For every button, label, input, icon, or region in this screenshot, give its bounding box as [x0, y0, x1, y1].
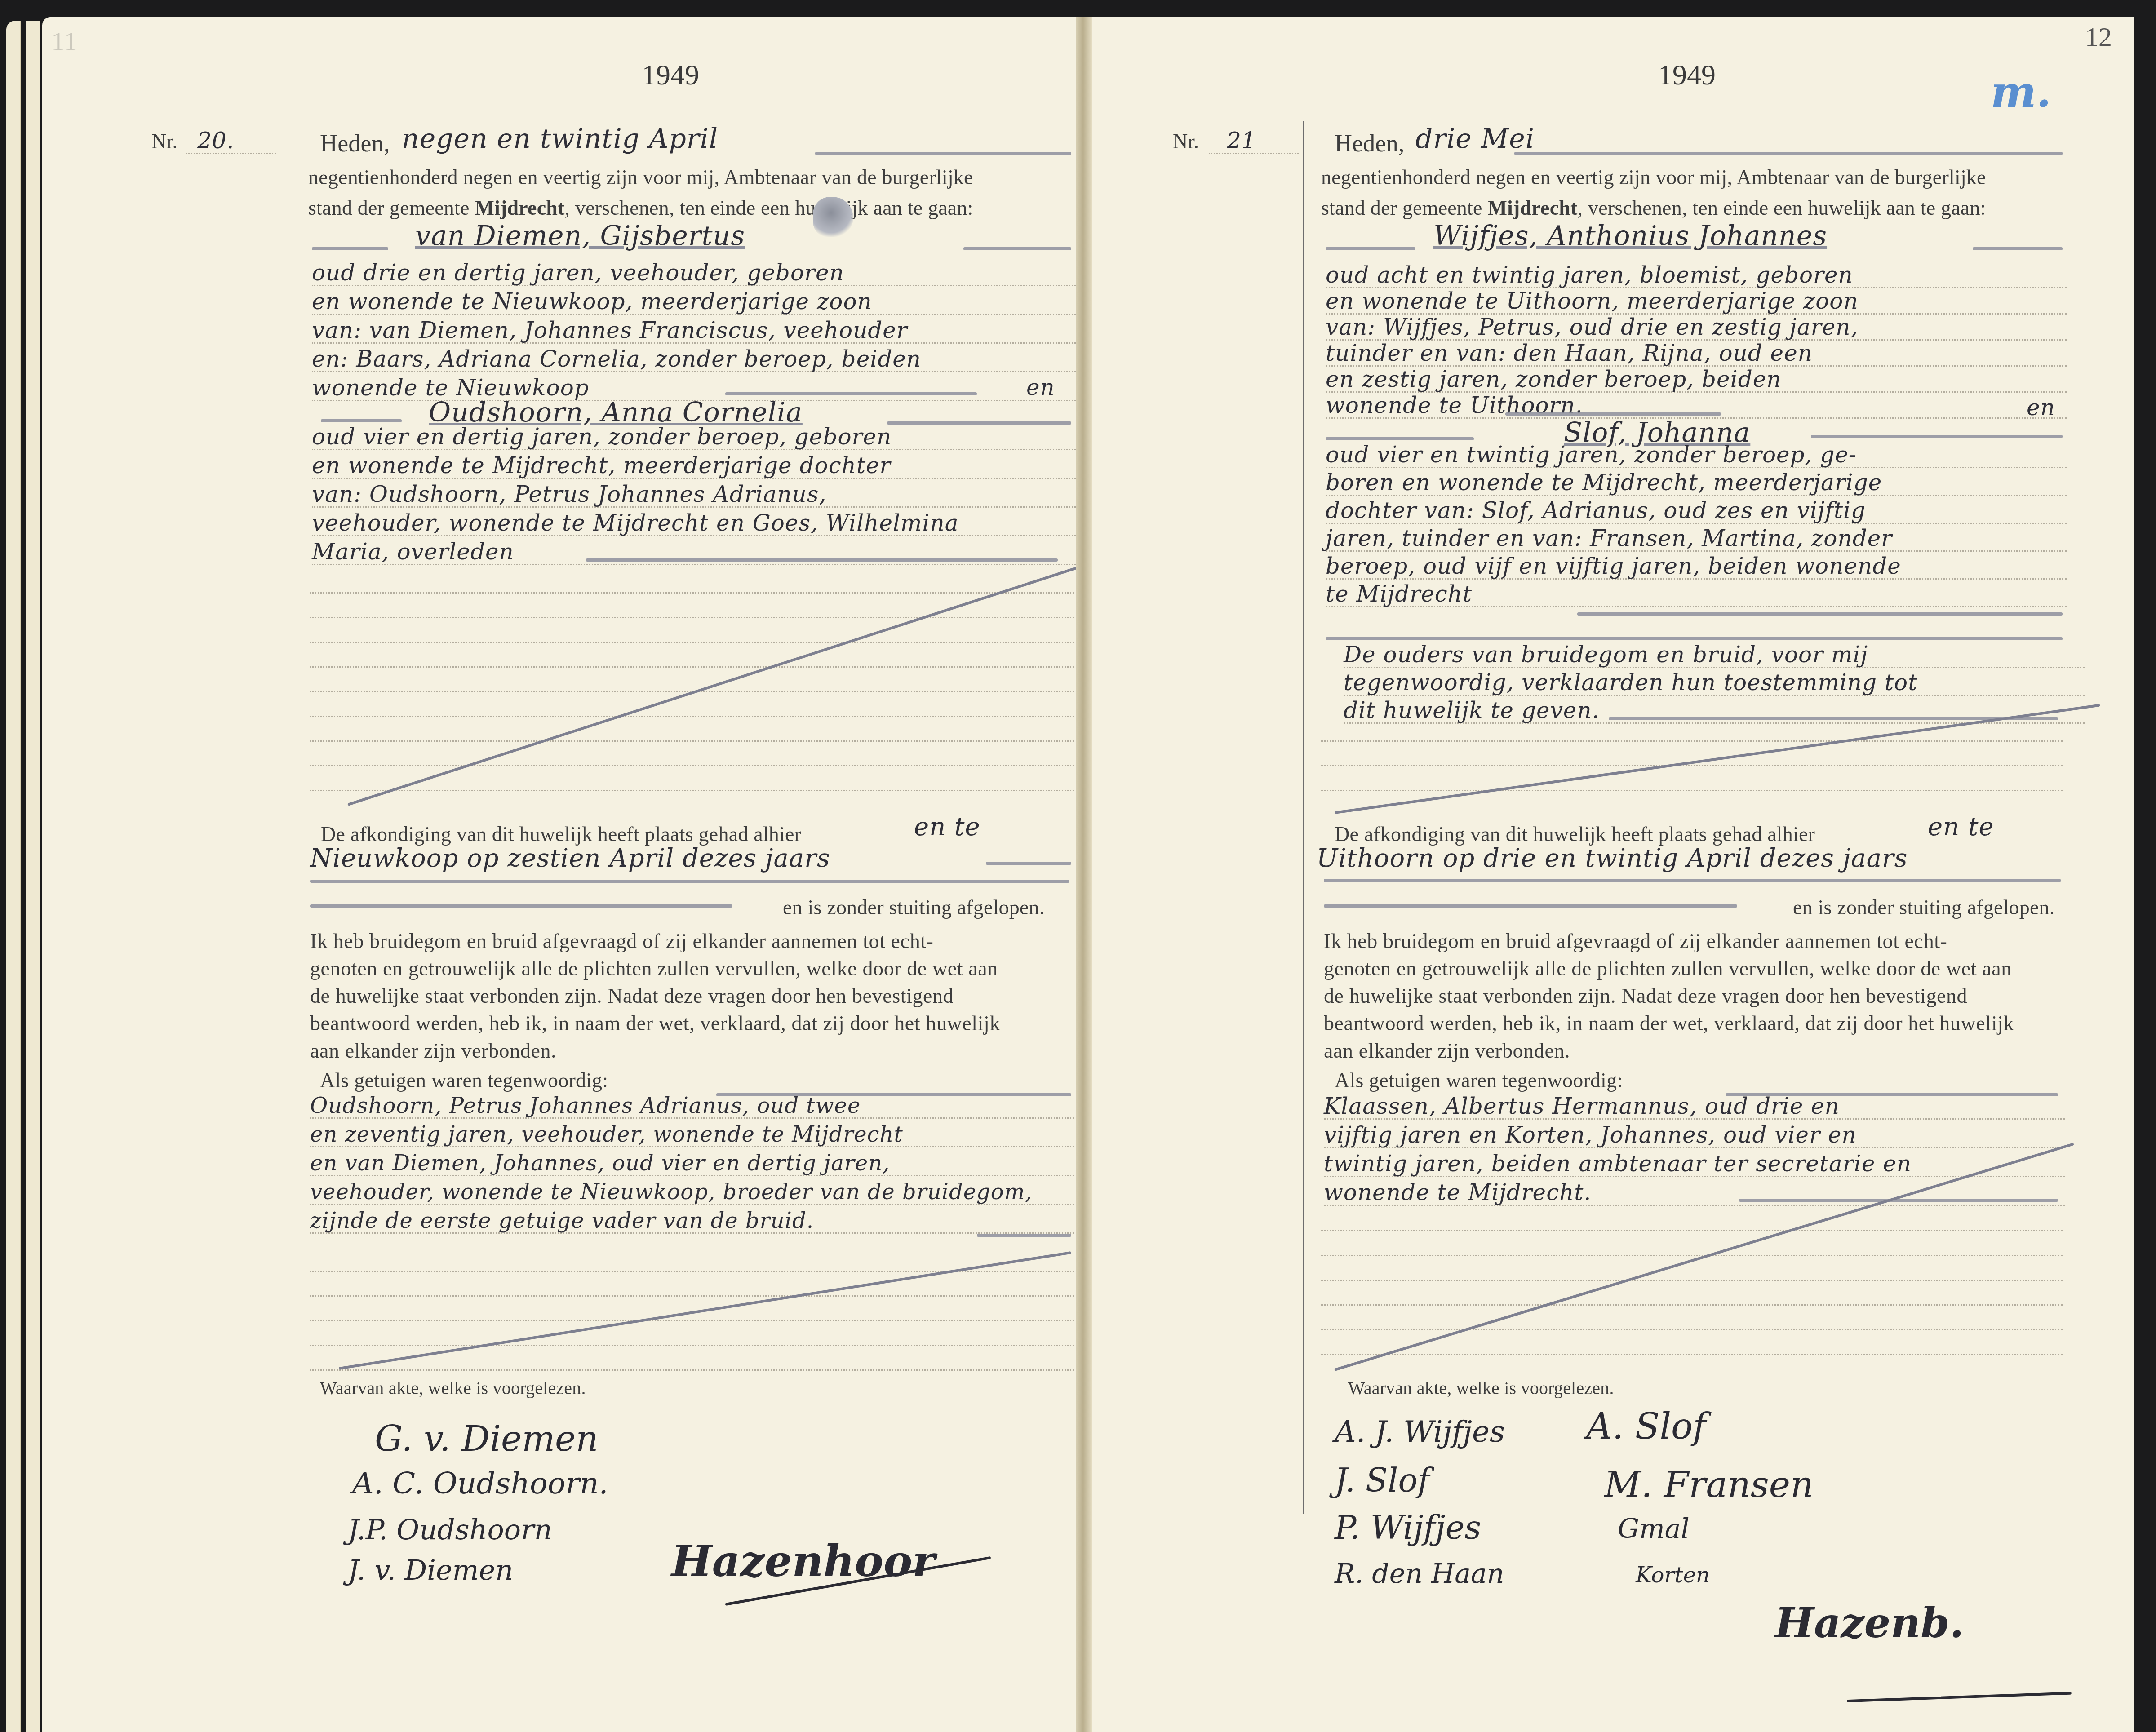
dotted-line: [310, 666, 1074, 668]
stuiting-text: en is zonder stuiting afgelopen.: [1793, 895, 2055, 919]
signature-mother-bride: M. Fransen: [1604, 1464, 1814, 1506]
handwritten-line: veehouder, wonende te Mijdrecht en Goes,…: [312, 510, 959, 536]
fill-dash: [1973, 247, 2063, 250]
printed-text-line: stand der gemeente Mijdrecht, verschenen…: [1321, 196, 1986, 220]
printed-text-line: negentienhonderd negen en veertig zijn v…: [308, 165, 973, 189]
fill-dash: [586, 558, 1058, 562]
right-page: 12 1949 m. Nr. 21 Heden, drie Mei negent…: [1092, 17, 2134, 1732]
dotted-line: [310, 617, 1074, 618]
handwritten-line: beroep, oud vijf en vijftig jaren, beide…: [1326, 553, 1901, 579]
witnesses-label: Als getuigen waren tegenwoordig:: [1335, 1068, 1623, 1092]
handwritten-line: Oudshoorn, Petrus Johannes Adrianus, oud…: [310, 1093, 861, 1118]
signature-witness-1: J.P. Oudshoorn: [348, 1513, 552, 1546]
handwritten-line: oud drie en dertig jaren, veehouder, geb…: [312, 260, 844, 286]
printed-text-line: de huwelijke staat verbonden zijn. Nadat…: [1324, 984, 1967, 1008]
dotted-line: [1321, 790, 2063, 791]
handwritten-line: De ouders van bruidegom en bruid, voor m…: [1344, 642, 1868, 668]
fill-dash: [1324, 879, 2061, 882]
signature-witness-2: J. v. Diemen: [348, 1554, 513, 1586]
handwritten-line: oud vier en twintig jaren, zonder beroep…: [1326, 442, 1857, 468]
handwritten-line: twintig jaren, beiden ambtenaar ter secr…: [1324, 1151, 1912, 1177]
signature-father-bride: A. Slof: [1586, 1405, 1706, 1447]
printed-text-line: stand der gemeente Mijdrecht, verschenen…: [308, 196, 973, 220]
afkondiging-place: en te: [1928, 812, 1994, 842]
fill-dash: [310, 904, 732, 908]
signature-mother-groom: R. den Haan: [1335, 1558, 1504, 1590]
fill-dash: [1577, 612, 2063, 616]
entry-number-label: Nr.: [1173, 129, 1199, 153]
handwritten-line: van: Oudshoorn, Petrus Johannes Adrianus…: [312, 481, 826, 507]
printed-text-line: genoten en getrouwelijk alle de plichten…: [310, 957, 998, 980]
signature-witness-2: Korten: [1636, 1563, 1710, 1588]
page-year: 1949: [642, 58, 699, 92]
handwritten-line: en wonende te Mijdrecht, meerderjarige d…: [312, 452, 891, 478]
handwritten-line: tegenwoordig, verklaarden hun toestemmin…: [1344, 669, 1917, 695]
fill-dash: [725, 392, 977, 395]
dotted-line: [310, 592, 1074, 594]
dotted-line: [1321, 765, 2063, 766]
handwritten-line: van: van Diemen, Johannes Franciscus, ve…: [312, 317, 908, 343]
cancellation-stroke: [339, 1251, 1072, 1370]
witnesses-label: Als getuigen waren tegenwoordig:: [320, 1068, 608, 1092]
handwritten-line: Maria, overleden: [312, 539, 514, 565]
cancellation-stroke: [347, 563, 1087, 806]
handwritten-line: te Mijdrecht: [1326, 581, 1472, 607]
printed-text-line: genoten en getrouwelijk alle de plichten…: [1324, 957, 2012, 980]
fill-dash: [1739, 1199, 2058, 1202]
page-number: 12: [2085, 22, 2112, 53]
entry-number: 20.: [197, 128, 235, 154]
signature-bride: J. Slof: [1335, 1462, 1429, 1499]
dotted-line: [1321, 1230, 2063, 1231]
dotted-line: [310, 790, 1074, 791]
handwritten-line: en zeventig jaren, veehouder, wonende te…: [310, 1122, 903, 1147]
page-number: 11: [51, 26, 77, 57]
signature-underline: [1847, 1692, 2072, 1702]
marriage-date: negen en twintig April: [402, 123, 718, 155]
printed-text-line: Ik heb bruidegom en bruid afgevraagd of …: [310, 929, 934, 953]
heden-label: Heden,: [320, 129, 390, 157]
printed-text-line: aan elkander zijn verbonden.: [1324, 1039, 1570, 1063]
stuiting-text: en is zonder stuiting afgelopen.: [783, 895, 1045, 919]
fill-dash: [312, 247, 388, 250]
dotted-line: [186, 153, 276, 154]
dotted-line: [1321, 1304, 2063, 1306]
dotted-line: [310, 1295, 1074, 1297]
signature-groom: G. v. Diemen: [375, 1419, 599, 1459]
handwritten-line: zijnde de eerste getuige vader van de br…: [310, 1208, 814, 1233]
afkondiging-text: De afkondiging van dit huwelijk heeft pl…: [321, 822, 801, 846]
dotted-line: [310, 765, 1074, 766]
fill-dash: [1514, 152, 2063, 155]
handwritten-line: oud vier en dertig jaren, zonder beroep,…: [312, 424, 892, 450]
dotted-line: [310, 1369, 1074, 1371]
dotted-line: [1321, 1280, 2063, 1281]
signature-groom: A. J. Wijfjes: [1335, 1414, 1505, 1449]
fill-dash: [963, 247, 1071, 250]
dotted-line: [1321, 1329, 2063, 1330]
signature-registrar: Hazenb.: [1775, 1599, 1964, 1647]
handwritten-line: van: Wijfjes, Petrus, oud drie en zestig…: [1326, 314, 1858, 340]
dotted-line: [1321, 1354, 2063, 1355]
dotted-line: [1209, 153, 1299, 154]
fill-dash: [310, 880, 1069, 883]
handwritten-line: vijftig jaren en Korten, Johannes, oud v…: [1324, 1122, 1857, 1148]
handwritten-line: en: Baars, Adriana Cornelia, zonder bero…: [312, 346, 921, 372]
handwritten-line: en wonende te Uithoorn, meerderjarige zo…: [1326, 288, 1859, 314]
fill-dash: [977, 1234, 1071, 1237]
groom-name: van Diemen, Gijsbertus: [415, 220, 745, 252]
afkondiging-date: Nieuwkoop op zestien April dezes jaars: [310, 844, 830, 873]
handwritten-line: en zestig jaren, zonder beroep, beiden: [1326, 366, 1781, 392]
dotted-line: [310, 1320, 1074, 1321]
afkondiging-text: De afkondiging van dit huwelijk heeft pl…: [1335, 822, 1815, 846]
dotted-line: [1321, 1255, 2063, 1256]
fill-dash: [1505, 412, 1721, 416]
groom-name: Wijfjes, Anthonius Johannes: [1433, 220, 1827, 252]
margin-rule: [1303, 121, 1304, 1514]
printed-text-line: beantwoord werden, heb ik, in naam der w…: [310, 1011, 1000, 1035]
fill-dash: [1811, 435, 2063, 438]
en-connector: en: [2027, 394, 2055, 421]
fill-dash: [1326, 247, 1415, 250]
signature-bride: A. C. Oudshoorn.: [352, 1466, 608, 1501]
afkondiging-date: Uithoorn op drie en twintig April dezes …: [1317, 844, 1908, 873]
fill-dash: [321, 419, 402, 422]
printed-text-line: negentienhonderd negen en veertig zijn v…: [1321, 165, 1986, 189]
marriage-date: drie Mei: [1415, 123, 1535, 155]
printed-text-line: beantwoord werden, heb ik, in naam der w…: [1324, 1011, 2014, 1035]
heden-label: Heden,: [1335, 129, 1405, 157]
handwritten-line: wonende te Mijdrecht.: [1324, 1179, 1591, 1205]
closing-text: Waarvan akte, welke is voorgelezen.: [320, 1378, 586, 1399]
page-year: 1949: [1658, 58, 1716, 92]
en-connector: en: [1026, 374, 1055, 400]
dotted-line: [1321, 740, 2063, 742]
signature-witness-1: Gmal: [1618, 1513, 1690, 1545]
handwritten-line: oud acht en twintig jaren, bloemist, geb…: [1326, 262, 1853, 288]
entry-number: 21: [1227, 128, 1256, 154]
handwritten-line: boren en wonende te Mijdrecht, meerderja…: [1326, 470, 1882, 496]
signature-father-groom: P. Wijfjes: [1335, 1509, 1481, 1546]
signature-registrar: Hazenhoor: [671, 1536, 935, 1586]
fill-dash: [1326, 437, 1474, 440]
entry-number-label: Nr.: [151, 129, 177, 153]
fill-dash: [815, 152, 1071, 155]
stacked-leaf-edge: [26, 21, 40, 1732]
margin-rule: [288, 121, 288, 1514]
dotted-line: [310, 642, 1074, 643]
dotted-line: [310, 1345, 1074, 1346]
dotted-line: [310, 716, 1074, 717]
fill-dash: [1324, 904, 1737, 908]
handwritten-line: jaren, tuinder en van: Fransen, Martina,…: [1326, 525, 1892, 551]
closing-text: Waarvan akte, welke is voorgelezen.: [1348, 1378, 1614, 1399]
blue-pencil-annotation: m.: [1991, 66, 2051, 117]
handwritten-line: Klaassen, Albertus Hermannus, oud drie e…: [1324, 1093, 1840, 1119]
fill-dash: [887, 421, 1071, 425]
ink-blot: [813, 197, 853, 237]
printed-text-line: de huwelijke staat verbonden zijn. Nadat…: [310, 984, 954, 1008]
handwritten-line: tuinder en van: den Haan, Rijna, oud een: [1326, 340, 1813, 366]
handwritten-line: veehouder, wonende te Nieuwkoop, broeder…: [310, 1179, 1033, 1205]
printed-text-line: Ik heb bruidegom en bruid afgevraagd of …: [1324, 929, 1947, 953]
book-gutter: [1076, 17, 1092, 1732]
fill-dash: [986, 862, 1071, 865]
stacked-leaf-edge: [6, 21, 21, 1732]
fill-dash: [1326, 637, 2063, 640]
handwritten-line: dochter van: Slof, Adrianus, oud zes en …: [1326, 497, 1866, 523]
municipality-name: Mijdrecht: [1487, 196, 1577, 219]
handwritten-line: en van Diemen, Johannes, oud vier en der…: [310, 1151, 890, 1176]
dotted-line: [310, 740, 1074, 742]
handwritten-line: dit huwelijk te geven.: [1344, 697, 1600, 723]
municipality-name: Mijdrecht: [475, 196, 564, 219]
left-page: 11 1949 Nr. 20. Heden, negen en twintig …: [42, 17, 1076, 1732]
afkondiging-place: en te: [914, 812, 980, 842]
handwritten-line: en wonende te Nieuwkoop, meerderjarige z…: [312, 288, 872, 315]
printed-text-line: aan elkander zijn verbonden.: [310, 1039, 556, 1063]
